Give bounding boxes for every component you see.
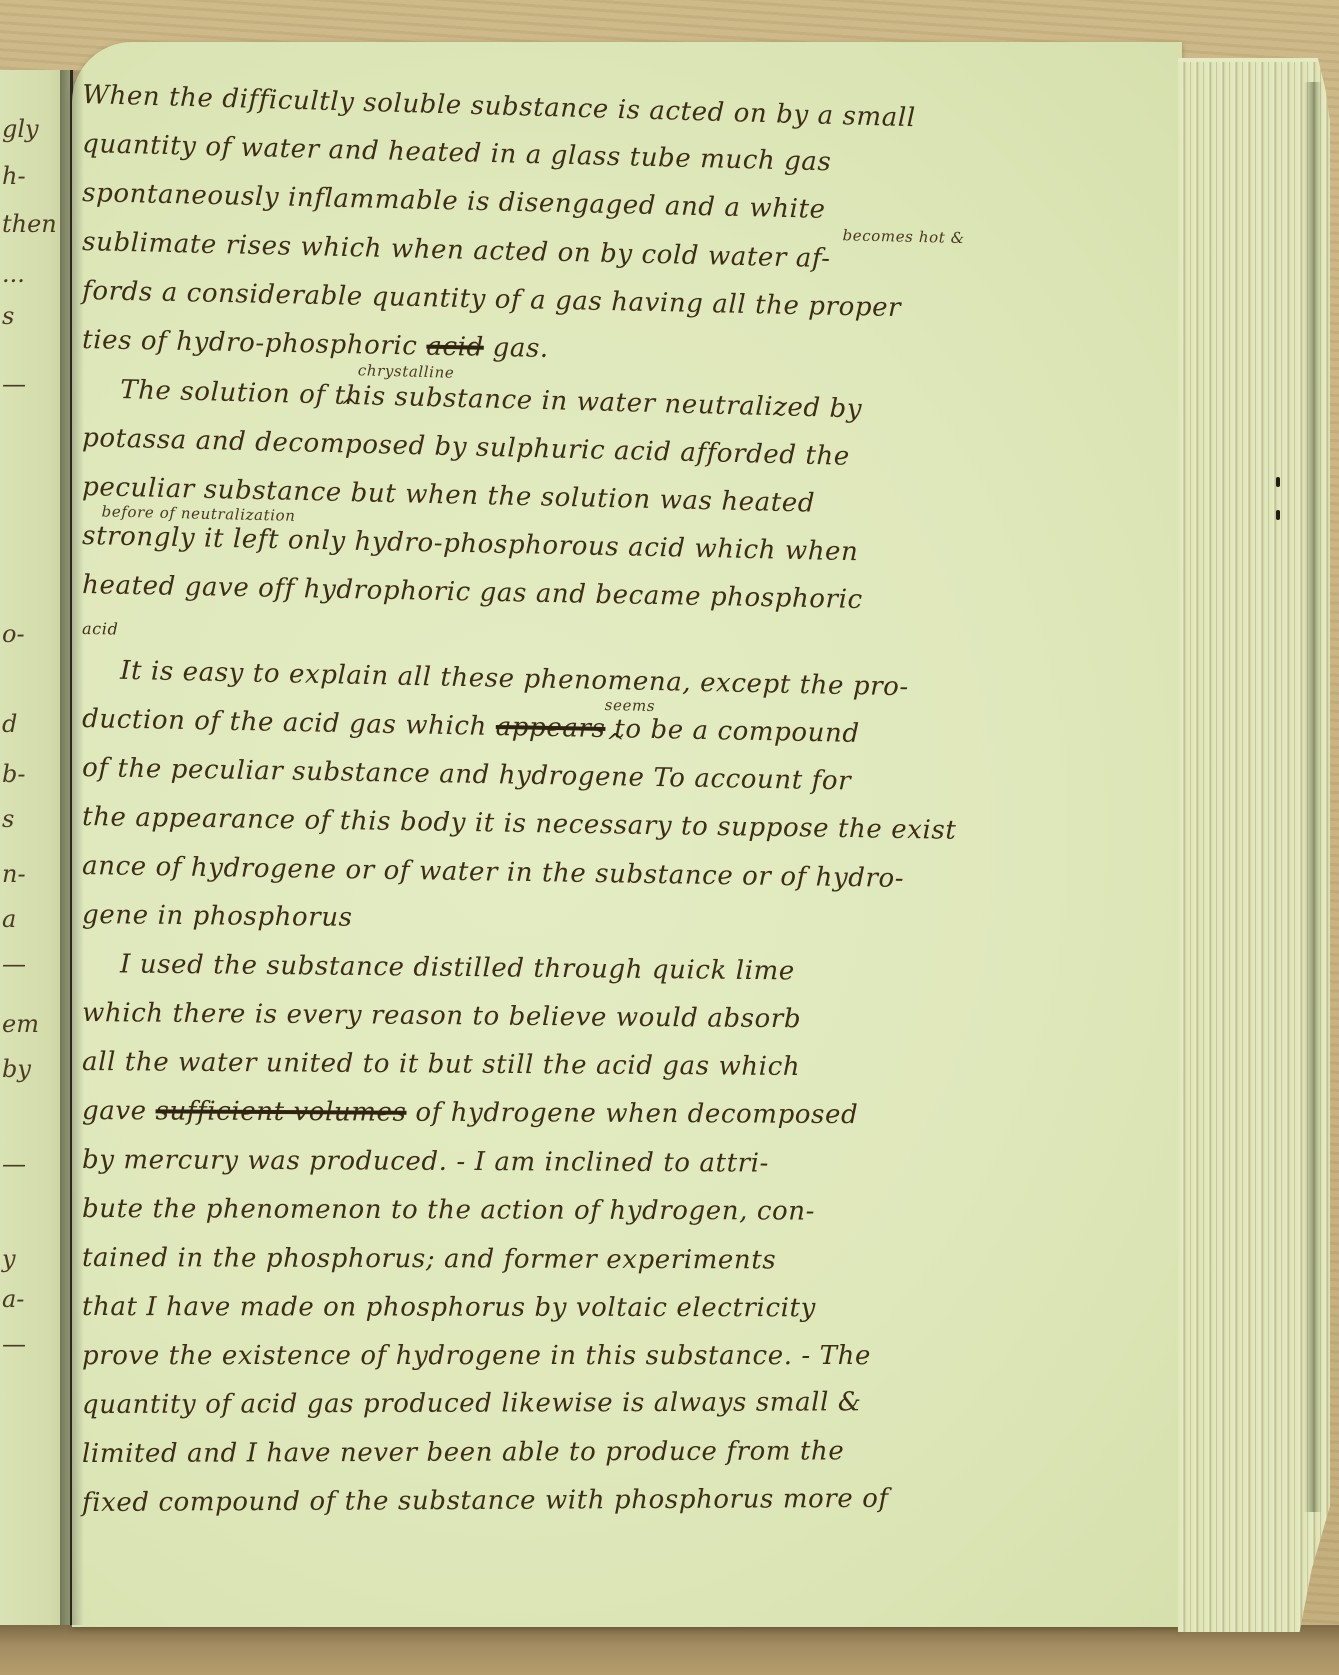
left-page-fragment: — xyxy=(2,370,26,398)
interlinear-insertion: becomes hot & xyxy=(842,226,965,247)
left-page-fragment: h- xyxy=(2,162,26,190)
struck-word: acid xyxy=(426,332,484,363)
page-stack-shadow xyxy=(1304,82,1322,1512)
left-page-fragment: — xyxy=(2,1150,26,1178)
left-page-fragment: n- xyxy=(2,860,26,888)
left-page-fragment: by xyxy=(2,1055,31,1083)
left-page-fragment: ... xyxy=(2,260,25,288)
manuscript-line: all the water united to it but still the… xyxy=(82,1047,1182,1104)
manuscript-line: tained in the phosphorus; and former exp… xyxy=(82,1243,1182,1296)
page-edge-mark xyxy=(1276,477,1280,487)
line-text-after: to be a compound xyxy=(614,714,860,749)
gutter-shadow xyxy=(60,70,84,1625)
line-text: tained in the phosphorus; and former exp… xyxy=(82,1243,776,1275)
line-text: by mercury was produced. - I am inclined… xyxy=(82,1145,769,1179)
left-page-fragment: — xyxy=(2,1330,26,1358)
left-page-fragment: then xyxy=(2,210,57,238)
left-page-fragment: y xyxy=(2,1245,16,1273)
line-text: limited and I have never been able to pr… xyxy=(82,1436,844,1469)
left-page-fragment: d xyxy=(2,710,17,738)
left-page-fragment: b- xyxy=(2,760,25,788)
interlinear-insertion: seems xyxy=(605,696,656,715)
struck-word: sufficient volumes xyxy=(155,1096,406,1127)
manuscript-line: limited and I have never been able to pr… xyxy=(82,1435,1182,1488)
line-text: duction of the acid gas which xyxy=(82,704,487,742)
left-page-fragment: a- xyxy=(2,1285,24,1313)
manuscript-line: bute the phenomenon to the action of hyd… xyxy=(82,1194,1182,1247)
line-text: bute the phenomenon to the action of hyd… xyxy=(82,1194,815,1227)
page-edges-stack xyxy=(1178,58,1330,1632)
desk-edge xyxy=(0,1625,1339,1675)
manuscript-line: that I have made on phosphorus by voltai… xyxy=(82,1292,1182,1343)
struck-word: appears xyxy=(496,712,606,744)
line-text: which there is every reason to believe w… xyxy=(82,998,801,1034)
line-text: gave xyxy=(82,1096,147,1126)
interlinear-insertion: chrystalline xyxy=(358,361,455,382)
line-text: gene in phosphorus xyxy=(82,900,353,933)
manuscript-line: prove the existence of hydrogene in this… xyxy=(82,1341,1182,1390)
left-page-fragment: a xyxy=(2,905,16,933)
left-page-fragment: s xyxy=(2,302,14,330)
line-text: quantity of acid gas produced likewise i… xyxy=(82,1387,862,1420)
left-page-fragment: — xyxy=(2,950,26,978)
insertion-caret: ^ xyxy=(606,730,626,755)
line-text: ties of hydro-phosphoric xyxy=(82,325,418,361)
line-text: When the difficultly soluble substance i… xyxy=(82,80,916,133)
line-text: acid xyxy=(82,619,119,639)
left-page-fragment: s xyxy=(2,805,14,833)
page-edge-mark xyxy=(1276,510,1280,520)
line-text-after: of hydrogene when decomposed xyxy=(415,1098,858,1130)
line-text: all the water united to it but still the… xyxy=(82,1047,800,1082)
manuscript-text: When the difficultly soluble substance i… xyxy=(82,80,1182,1537)
manuscript-line: fixed compound of the substance with pho… xyxy=(82,1482,1182,1537)
line-text: I used the substance distilled through q… xyxy=(120,949,795,986)
line-text: that I have made on phosphorus by voltai… xyxy=(82,1292,816,1323)
manuscript-line: quantity of acid gas produced likewise i… xyxy=(82,1386,1182,1439)
line-text: prove the existence of hydrogene in this… xyxy=(82,1341,871,1371)
manuscript-line: by mercury was produced. - I am inclined… xyxy=(82,1145,1182,1200)
left-page-fragment: o- xyxy=(2,620,25,648)
left-page-fragment: em xyxy=(2,1010,39,1038)
line-text-after: gas. xyxy=(492,333,549,364)
manuscript-line: gave sufficient volumes of hydrogene whe… xyxy=(82,1096,1182,1151)
line-text: fixed compound of the substance with pho… xyxy=(82,1484,889,1518)
left-page-fragment: gly xyxy=(2,115,39,143)
